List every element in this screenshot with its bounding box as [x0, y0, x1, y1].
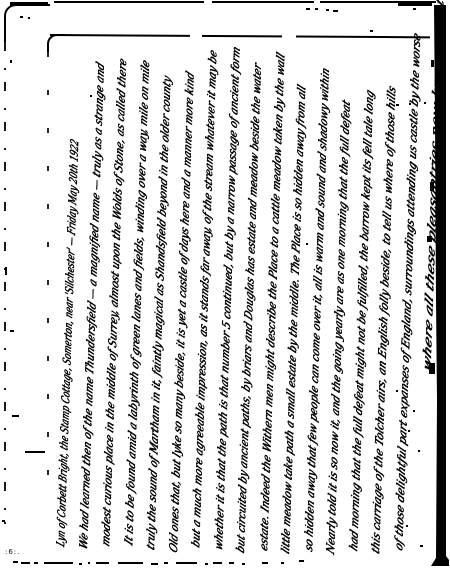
dust-speck: [315, 8, 318, 10]
dust-speck: [5, 267, 7, 275]
dust-speck: [409, 103, 411, 105]
bottom-dash-segment: [96, 562, 109, 564]
bottom-dash-segment: [13, 561, 18, 563]
dust-speck: [25, 451, 45, 453]
dust-speck: [413, 8, 416, 10]
corner-smudge-mark: :6:.: [5, 548, 20, 556]
bottom-dash-segment: [44, 562, 73, 564]
dust-speck: [396, 104, 399, 106]
dust-speck: [424, 102, 426, 104]
dust-speck: [299, 560, 304, 562]
bottom-dash-segment: [21, 562, 30, 564]
dust-speck: [396, 390, 398, 392]
dust-speck: [333, 10, 338, 12]
dust-speck: [20, 16, 23, 18]
dust-speck: [413, 410, 415, 412]
dust-speck: [10, 60, 12, 63]
bottom-dash-segment: [281, 562, 284, 564]
dust-speck: [2, 520, 5, 522]
dust-speck: [10, 330, 14, 332]
bottom-dash-segment: [205, 563, 208, 565]
dust-speck: [306, 243, 308, 245]
dust-speck: [306, 8, 310, 10]
scanned-letter-page: Lyn of Corbett Bright, the Stamp Cottage…: [0, 0, 450, 570]
bottom-dash-segment: [242, 563, 245, 565]
bottom-dash-segment: [176, 562, 197, 564]
bottom-dash-segment: [164, 562, 168, 564]
bottom-dash-segment: [213, 562, 222, 564]
bottom-dash-segment: [118, 562, 143, 564]
dust-speck: [90, 95, 92, 97]
dust-speck: [420, 545, 423, 547]
handwritten-text-rotated: Lyn of Corbett Bright, the Stamp Cottage…: [50, 3, 450, 561]
dust-speck: [408, 430, 410, 432]
dust-speck: [370, 30, 373, 32]
bottom-dash-segment: [79, 563, 82, 565]
dust-speck: [326, 9, 329, 11]
dust-speck: [28, 17, 30, 19]
bottom-dash-segment: [229, 562, 234, 564]
dust-speck: [12, 415, 19, 417]
bottom-dash-segment: [262, 562, 268, 564]
bottom-dash-segment: [88, 562, 90, 564]
bottom-dash-segment: [151, 563, 158, 565]
dust-speck: [406, 525, 408, 527]
dust-speck: [418, 450, 420, 452]
bottom-dash-segment: [34, 562, 38, 564]
